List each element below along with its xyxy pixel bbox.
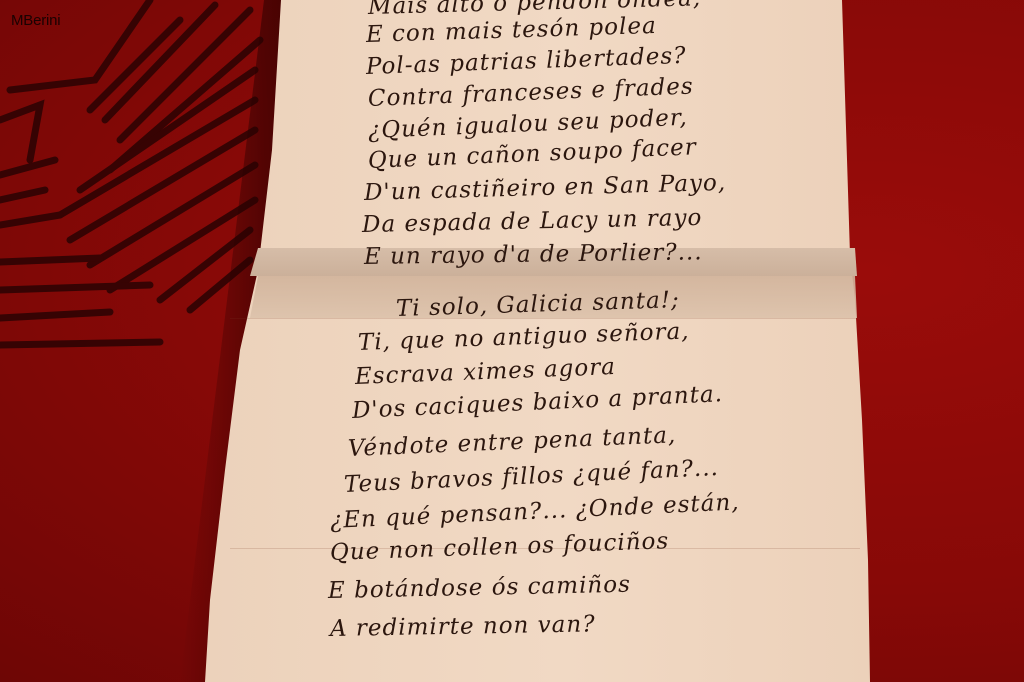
poem-line: Que non collen os fouciños xyxy=(330,528,670,566)
poem-line: ¿En qué pensan?... ¿Onde están, xyxy=(329,489,740,534)
poem-line: Da espada de Lacy un rayo xyxy=(362,205,703,238)
poem-line: Pol-as patrias libertades? xyxy=(366,43,687,80)
poem-line: Ti solo, Galicia santa!; xyxy=(396,287,681,322)
poem-line: Escrava ximes agora xyxy=(355,354,617,390)
handwritten-poem: Mais alto o pendon ondea, E con mais tes… xyxy=(0,0,1024,682)
poem-line: Véndote entre pena tanta, xyxy=(347,422,676,462)
poem-line: D'un castiñeiro en San Payo, xyxy=(364,170,727,206)
poem-line: Ti, que no antiguo señora, xyxy=(358,318,690,356)
poem-line: E botándose ós camiños xyxy=(328,572,631,604)
poem-line: Teus bravos fillos ¿qué fan?... xyxy=(343,455,719,498)
poem-line: E un rayo d'a de Porlier?... xyxy=(364,239,703,270)
poem-line: A redimirte non van? xyxy=(330,611,596,642)
